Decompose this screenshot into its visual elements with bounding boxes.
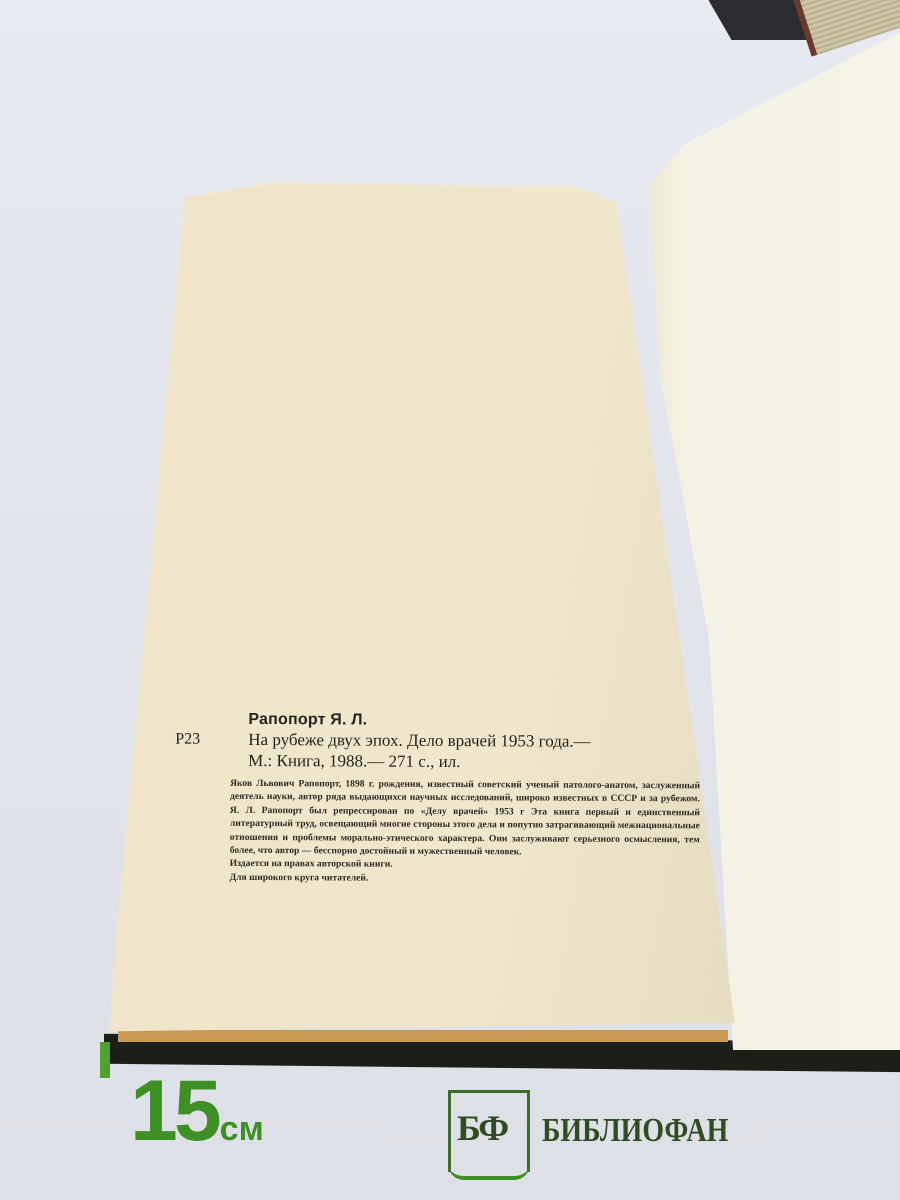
title-line: Р23 На рубеже двух эпох. Дело врачей 195… — [175, 729, 720, 753]
book-title: На рубеже двух эпох. Дело врачей 1953 го… — [248, 729, 591, 752]
book-base-icon — [448, 1164, 530, 1180]
open-book-logo-icon: БФ — [448, 1090, 530, 1172]
bibliographic-record: Рапопорт Я. Л. Р23 На рубеже двух эпох. … — [175, 711, 721, 887]
logo-text: БФ — [457, 1107, 507, 1149]
annotation-text: Яков Львович Рапопорт, 1898 г. рождения,… — [230, 777, 700, 860]
publication-info: М.: Книга, 1988.— 271 с., ил. — [248, 750, 720, 773]
size-unit: см — [220, 1110, 264, 1148]
brand-name: БИБЛИОФАН — [542, 1112, 728, 1150]
classification-code: Р23 — [175, 729, 248, 750]
size-label: 15см — [130, 1068, 264, 1154]
annotation: Яков Львович Рапопорт, 1898 г. рождения,… — [230, 777, 701, 887]
page-edge — [118, 1030, 728, 1042]
left-page — [110, 180, 735, 1040]
ruler-marker — [100, 1042, 110, 1078]
size-value: 15 — [130, 1063, 218, 1159]
audience-note: Для широкого круга читателей. — [230, 871, 700, 887]
photo-scene: Рапопорт Я. Л. Р23 На рубеже двух эпох. … — [0, 0, 900, 1200]
brand-watermark: БФ БИБЛИОФАН — [448, 1090, 769, 1172]
